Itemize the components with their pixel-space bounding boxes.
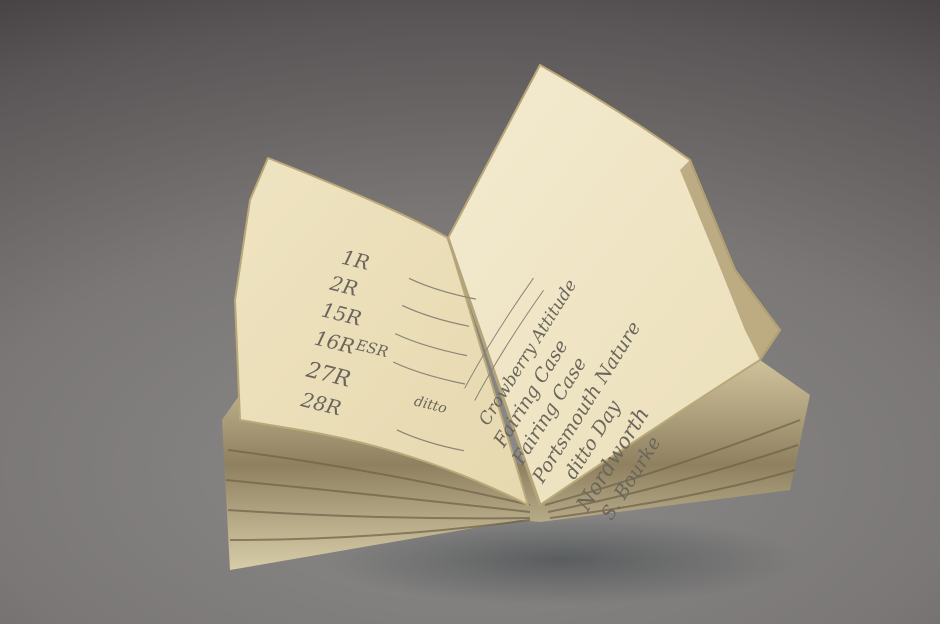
notebook-illustration: 1R 2R 15R 16R ESR 27R ditto 28R Crowberr… — [0, 0, 940, 624]
photo-scene: 1R 2R 15R 16R ESR 27R ditto 28R Crowberr… — [0, 0, 940, 624]
